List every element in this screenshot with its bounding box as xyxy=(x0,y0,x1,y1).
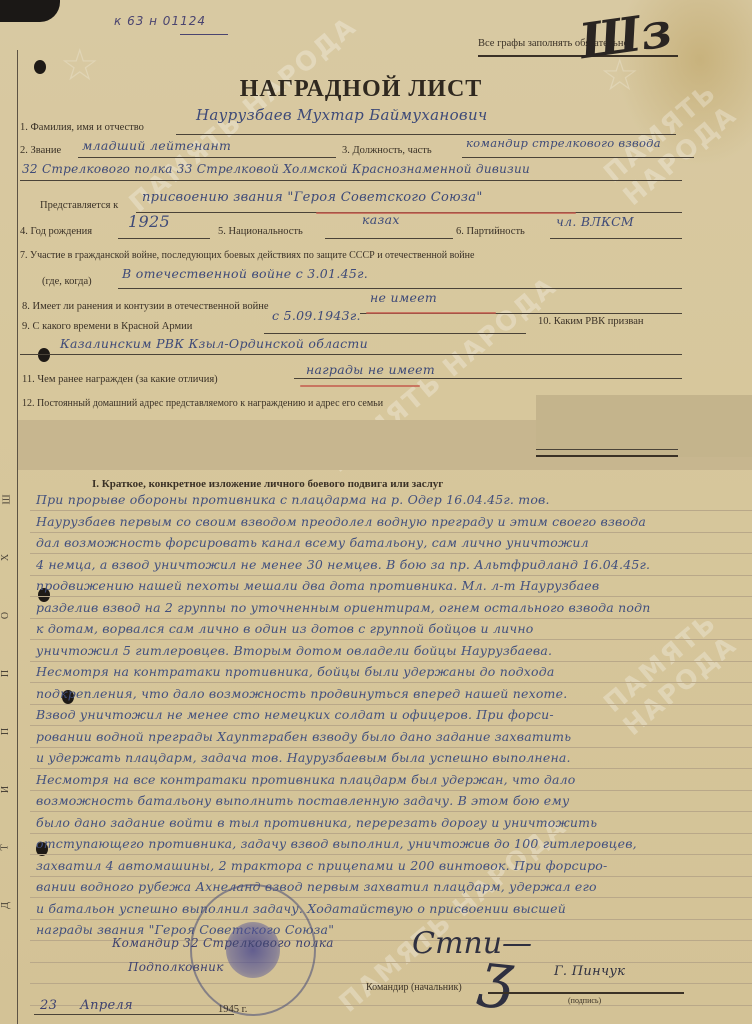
ruled-line xyxy=(30,919,752,920)
date-line xyxy=(34,1014,234,1015)
ruled-line xyxy=(30,618,752,619)
margin-letter: Т xyxy=(0,844,11,850)
narrative-line: дал возможность форсировать канал всему … xyxy=(36,535,589,550)
ruled-line xyxy=(30,833,752,834)
punch-hole xyxy=(34,60,46,74)
ruled-line xyxy=(30,596,752,597)
date-day: 23 xyxy=(40,998,57,1013)
signature-flourish: ʒ xyxy=(476,938,517,1011)
divider xyxy=(536,449,678,450)
narrative-line: Несмотря на контратаки противника, бойцы… xyxy=(36,664,555,679)
margin-letter: Х xyxy=(0,554,11,561)
punch-hole xyxy=(38,348,50,362)
field-8-label: 8. Имеет ли ранения и контузии в отечест… xyxy=(22,301,268,312)
narrative-line: вании водного рубежа Ахнеланд взвод перв… xyxy=(36,879,597,894)
narrative-line: ровании водной преграды Хауптграбен взво… xyxy=(36,729,571,744)
field-12-label: 12. Постоянный домашний адрес представля… xyxy=(22,398,383,409)
narrative-line: было дано задание войти в тыл противника… xyxy=(36,815,597,830)
narrative-line: и удержать плацдарм, задача тов. Наурузб… xyxy=(36,750,571,765)
section-heading: I. Краткое, конкретное изложение личного… xyxy=(92,478,443,490)
top-note-underline xyxy=(180,34,228,35)
margin-letter: И xyxy=(0,786,11,793)
narrative-line: При прорыве обороны противника с плацдар… xyxy=(36,492,550,507)
commander-title-line2: Подполковник xyxy=(128,960,224,974)
field-line xyxy=(118,288,682,289)
signature-name: Г. Пинчук xyxy=(554,964,625,979)
watermark: ПАМЯТЬ НАРОДА xyxy=(598,598,752,742)
field-3-value: командир стрелкового взвода xyxy=(466,136,661,150)
field-line xyxy=(550,238,682,239)
stamp-emblem-icon xyxy=(226,922,280,978)
field-line xyxy=(20,180,682,181)
field-7-label-where: (где, когда) xyxy=(42,276,92,287)
ruled-line xyxy=(30,704,752,705)
red-underline xyxy=(300,385,420,387)
margin-line xyxy=(17,50,18,1024)
field-10-label: 10. Каким РВК призван xyxy=(538,316,643,327)
ruled-line xyxy=(30,897,752,898)
narrative-line: продвижению нашей пехоты мешали два дота… xyxy=(36,578,599,593)
field-6-label: 6. Партийность xyxy=(456,226,525,237)
narrative-line: Наурузбаев первым со своим взводом преод… xyxy=(36,514,646,529)
official-stamp xyxy=(190,884,316,1016)
ruled-line xyxy=(30,768,752,769)
margin-letter: Ш xyxy=(2,494,13,504)
field-11-value: награды не имеет xyxy=(306,362,435,377)
field-1-value: Наурузбаев Мухтар Баймуханович xyxy=(196,106,488,124)
field-10-value: Казалинским РВК Кзыл-Ординской области xyxy=(60,336,368,351)
title-text: НАГРАДНОЙ ЛИСТ xyxy=(240,76,483,102)
ruled-line xyxy=(30,811,752,812)
commander-label: Командир (начальник) xyxy=(366,982,462,993)
field-8-value: не имеет xyxy=(370,290,437,305)
field-line xyxy=(176,134,676,135)
ink-blot xyxy=(0,0,60,22)
field-2-label: 2. Звание xyxy=(20,145,61,156)
ruled-line xyxy=(30,553,752,554)
ruled-line xyxy=(30,661,752,662)
ruled-line xyxy=(30,790,752,791)
presented-value: присвоению звания "Героя Советского Союз… xyxy=(142,190,483,205)
narrative-line: Взвод уничтожил не менее сто немецких со… xyxy=(36,707,554,722)
signature-caption: (подпись) xyxy=(568,996,601,1005)
narrative-line: Несмотря на все контратаки противника пл… xyxy=(36,772,576,787)
field-line xyxy=(20,354,682,355)
field-line xyxy=(118,238,210,239)
field-7-value: В отечественной войне с 3.01.45г. xyxy=(122,266,368,281)
narrative-line: возможность батальону выполнить поставле… xyxy=(36,793,569,808)
field-line xyxy=(78,157,336,158)
date-month: Апреля xyxy=(80,998,133,1013)
margin-letter: П xyxy=(0,728,11,735)
ruled-line xyxy=(30,575,752,576)
resolution-mark: Шз xyxy=(577,2,675,70)
ruled-line xyxy=(30,854,752,855)
field-7-label: 7. Участие в гражданской войне, последую… xyxy=(20,250,474,261)
ruled-line xyxy=(30,510,752,511)
narrative-line: 4 немца, а взвод уничтожил не менее 30 н… xyxy=(36,557,650,572)
ruled-line xyxy=(30,532,752,533)
top-note: к 63 н 01124 xyxy=(114,14,206,28)
field-2-value: младший лейтенант xyxy=(82,138,231,153)
field-3-value-continued: 32 Стрелкового полка 33 Стрелковой Холмс… xyxy=(22,162,530,176)
field-line xyxy=(294,378,682,379)
field-4-label: 4. Год рождения xyxy=(20,226,92,237)
red-underline xyxy=(316,212,576,214)
ruled-line xyxy=(30,682,752,683)
presented-label: Представляется к xyxy=(40,200,118,211)
margin-letter: П xyxy=(0,670,11,677)
narrative-line: уничтожил 5 гитлеровцев. Вторым дотом ов… xyxy=(36,643,552,658)
ruled-line xyxy=(30,725,752,726)
ruled-line xyxy=(30,639,752,640)
red-underline xyxy=(366,312,496,314)
field-5-value: казах xyxy=(362,212,400,227)
narrative-line: подкрепления, что дало возможность продв… xyxy=(36,686,567,701)
field-1-label: 1. Фамилия, имя и отчество xyxy=(20,122,144,133)
field-4-value: 1925 xyxy=(128,212,170,231)
field-5-label: 5. Национальность xyxy=(218,226,303,237)
document-title: НАГРАДНОЙ ЛИСТ xyxy=(0,76,752,103)
commander-title-line1: Командир 32 Стрелкового полка xyxy=(112,936,334,950)
narrative-line: захватил 4 автомашины, 2 трактора с приц… xyxy=(36,858,607,873)
narrative-line: отступающего противника, задачу взвод вы… xyxy=(36,836,637,851)
narrative-line: разделив взвод на 2 группы по уточненным… xyxy=(36,600,650,615)
divider xyxy=(536,455,678,457)
award-sheet-page: ☆ ПАМЯТЬ НАРОДА ☆ ПАМЯТЬ НАРОДА ПАМЯТЬ Н… xyxy=(0,0,752,1024)
redacted-address-block xyxy=(536,395,752,457)
margin-letter: О xyxy=(0,612,11,619)
signature-line xyxy=(488,992,684,994)
field-line xyxy=(264,333,526,334)
ruled-line xyxy=(30,1005,752,1006)
field-6-value: чл. ВЛКСМ xyxy=(556,214,634,229)
field-11-label: 11. Чем ранее награжден (за какие отличи… xyxy=(22,374,218,385)
date-year: 1945 г. xyxy=(218,1004,247,1015)
ruled-line xyxy=(30,747,752,748)
field-line xyxy=(325,238,453,239)
field-line xyxy=(462,157,694,158)
margin-letter: Д xyxy=(0,902,11,909)
field-9-value: с 5.09.1943г. xyxy=(272,308,361,323)
narrative-line: к дотам, ворвался сам лично в один из до… xyxy=(36,621,534,636)
field-3-label: 3. Должность, часть xyxy=(342,145,432,156)
field-9-label: 9. С какого времени в Красной Армии xyxy=(22,321,192,332)
ruled-line xyxy=(30,876,752,877)
